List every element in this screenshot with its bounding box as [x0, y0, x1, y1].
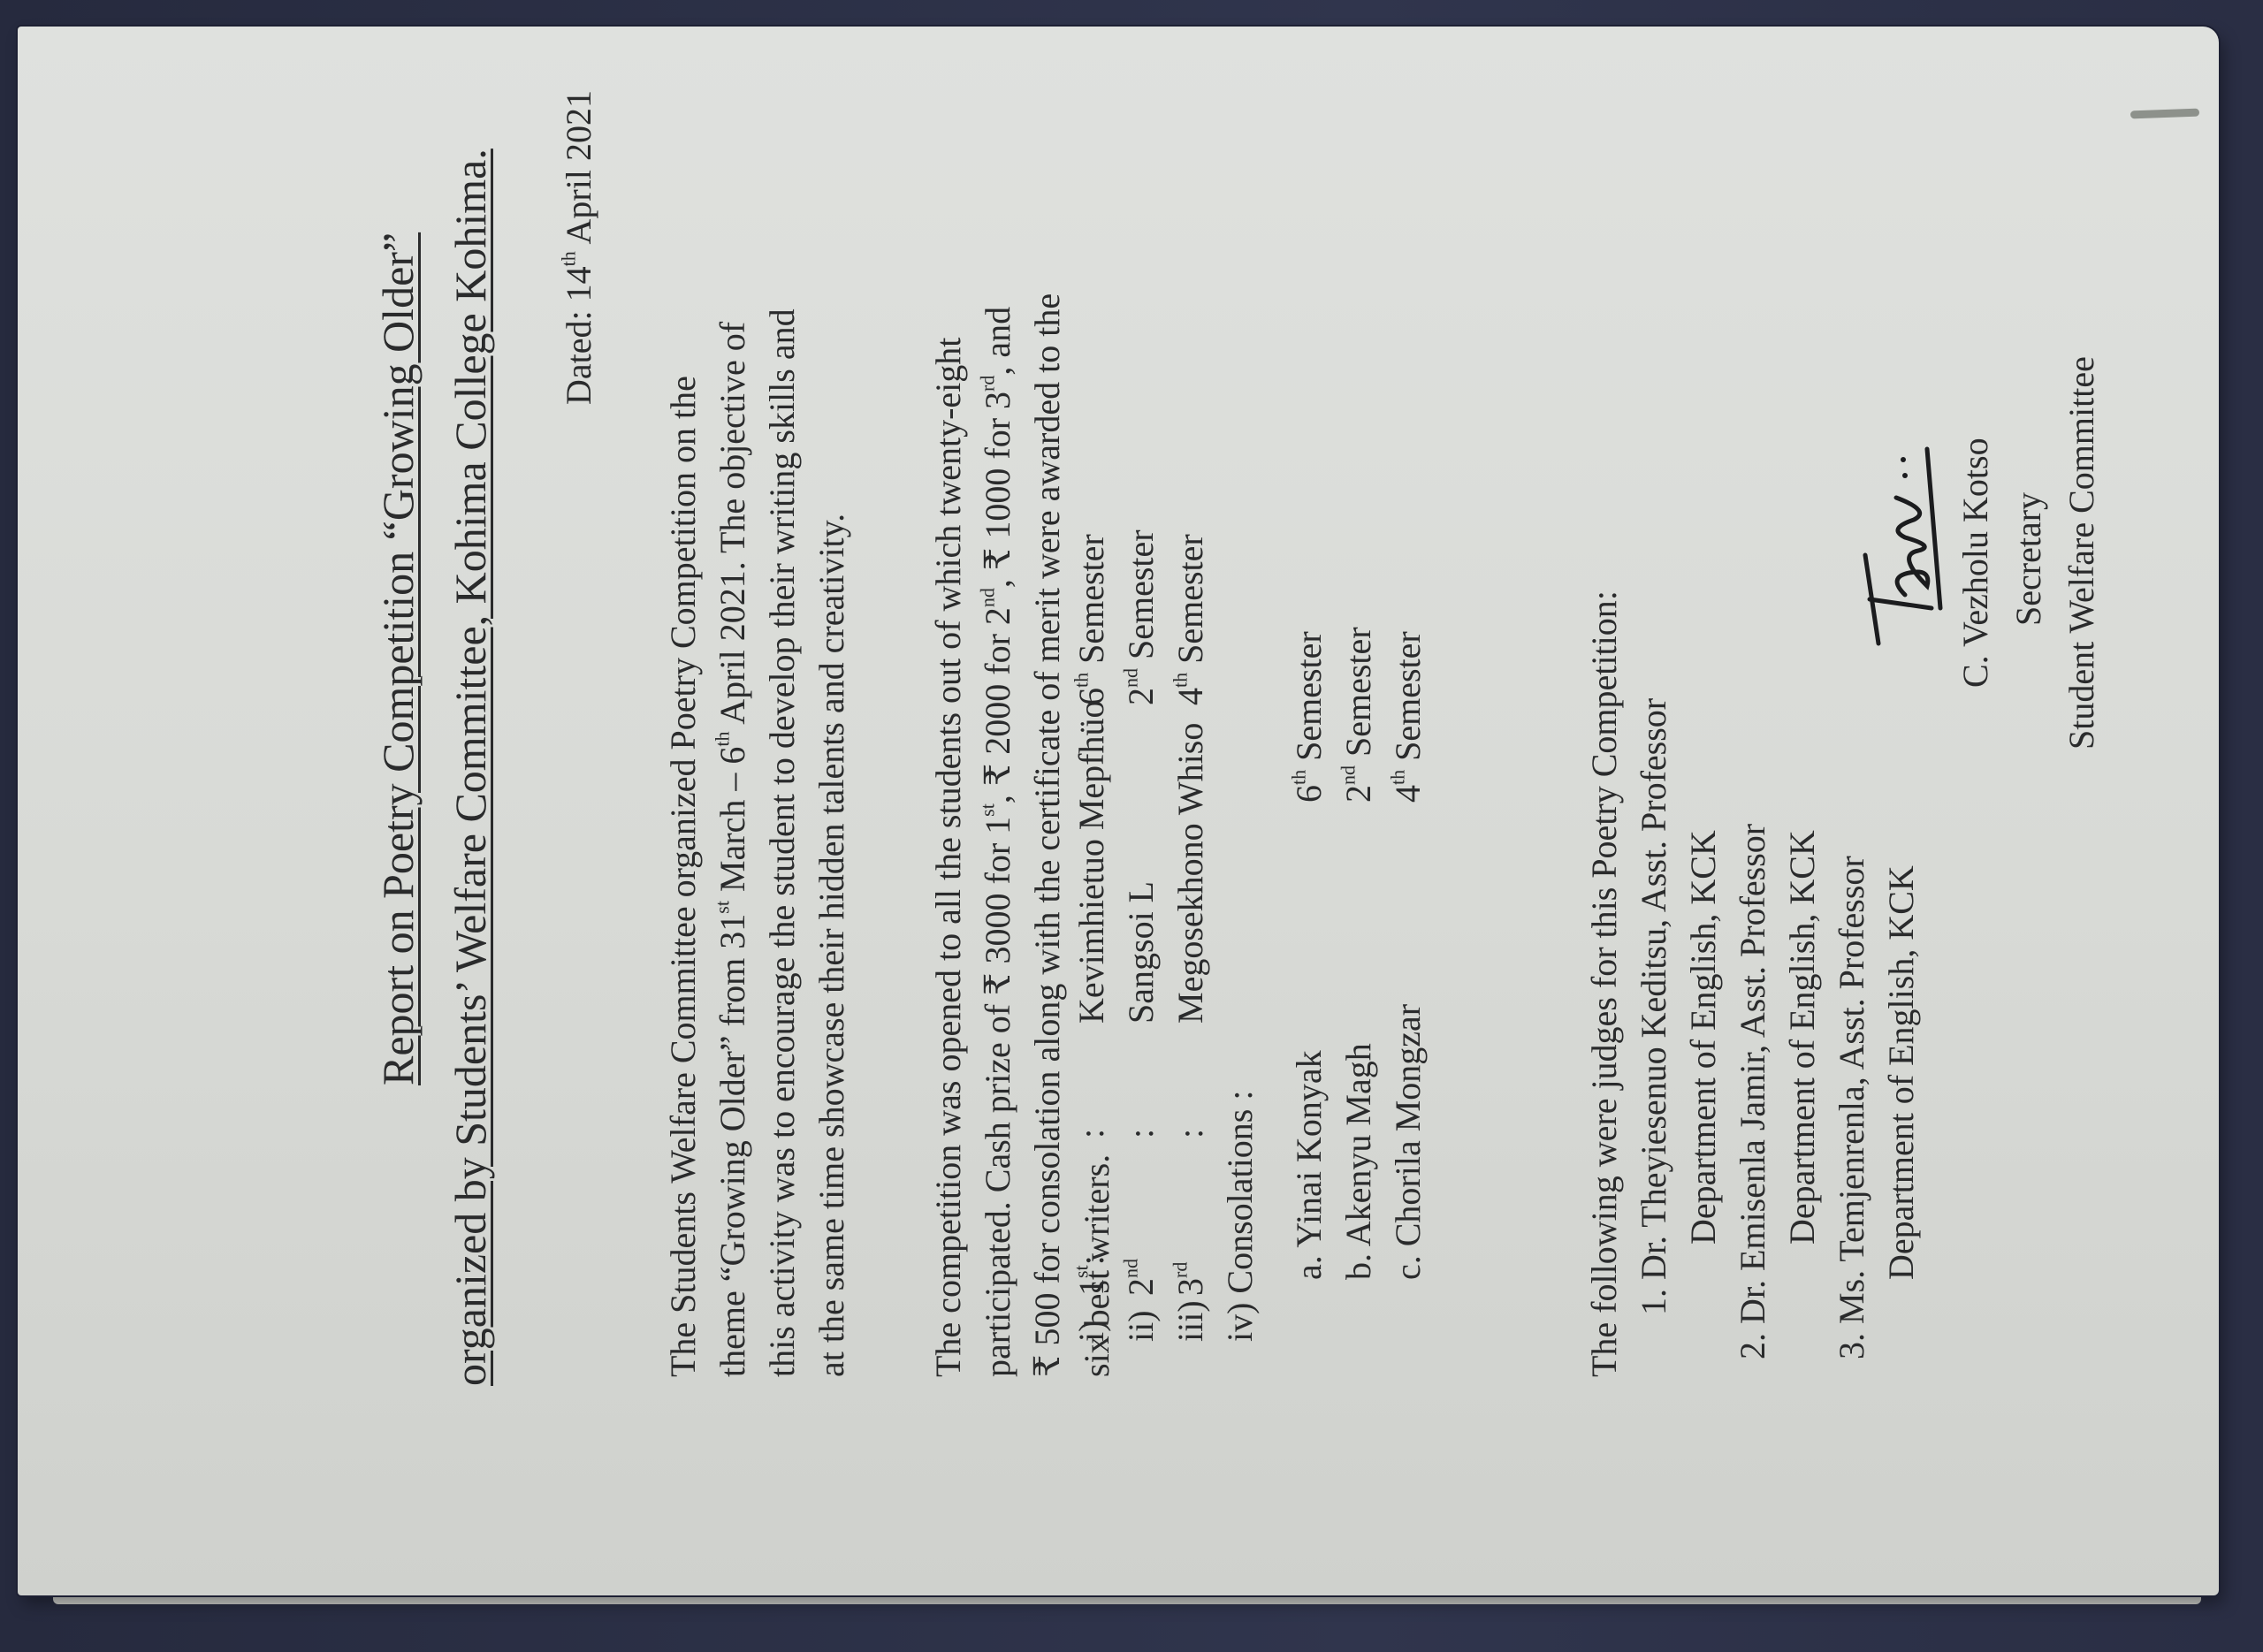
- winner-semester: 6th Semester: [1074, 534, 1109, 705]
- winner-name: Sangsoi L: [1124, 880, 1159, 1023]
- report-date: Dated: 14th April 2021: [561, 90, 597, 405]
- report-title: Report on Poetry Competition “Growing Ol…: [376, 232, 420, 1085]
- winner-name: Kevimhietuo Mepfhüo: [1074, 700, 1109, 1024]
- consolation-semester: 2nd Semester: [1341, 627, 1376, 803]
- signatory-organization: Student Welfare Committee: [2064, 356, 2099, 750]
- judge-department: Department of English, KCK: [1884, 131, 1933, 1280]
- judge-name: 1. Dr. Theyiesenuo Keditsu, Asst. Profes…: [1636, 166, 1686, 1315]
- winners-list: i) 1st: : Kevimhietuo Mepfhüo 6th Semest…: [1074, 369, 1440, 1342]
- report-subtitle: organized by Students’ Welfare Committee…: [448, 148, 492, 1386]
- consolation-row: b. Akenyu Magh 2nd Semester: [1341, 369, 1391, 1342]
- judge-department: Department of English, KCK: [1686, 95, 1735, 1245]
- paragraph-introduction: The Students Welfare Committee organized…: [659, 290, 857, 1377]
- judges-intro: The following were judges for this Poetr…: [1587, 228, 1636, 1377]
- paper-sheet: Report on Poetry Competition “Growing Ol…: [18, 27, 2219, 1595]
- winner-semester: 2nd Semester: [1124, 529, 1159, 705]
- judge-department: Department of English, KCK: [1785, 95, 1834, 1245]
- judges-section: The following were judges for this Poetr…: [1587, 228, 1933, 1377]
- judge-name: 2. Dr. Emisenla Jamir, Asst. Professor: [1735, 210, 1785, 1359]
- judge-name: 3. Ms. Temjenrenla, Asst. Professor: [1834, 210, 1884, 1359]
- signatory-role: Secretary: [2011, 491, 2046, 625]
- winner-semester: 4th Semester: [1173, 534, 1208, 705]
- consolation-semester: 4th Semester: [1391, 631, 1426, 803]
- consolation-row: c. Chorila Mongzar 4th Semester: [1391, 369, 1440, 1342]
- consolation-name: b. Akenyu Magh: [1341, 1043, 1376, 1280]
- consolation-row: a. Yinai Konyak 6th Semester: [1292, 369, 1341, 1342]
- winner-row: iii) 3rd : Megosekhono Whiso 4th Semeste…: [1173, 369, 1223, 1342]
- signatory-name: C. Vezholu Kotso: [1958, 438, 1993, 688]
- handwritten-signature-icon: [1843, 431, 1958, 661]
- consolation-name: a. Yinai Konyak: [1292, 1050, 1327, 1280]
- report-document: Report on Poetry Competition “Growing Ol…: [243, 95, 2219, 1596]
- winner-name: Megosekhono Whiso: [1173, 722, 1208, 1023]
- winner-row: ii) 2nd : Sangsoi L 2nd Semester: [1124, 369, 1173, 1342]
- consolations-heading: iv) Consolations :: [1223, 369, 1292, 1342]
- winner-row: i) 1st: : Kevimhietuo Mepfhüo 6th Semest…: [1074, 369, 1124, 1342]
- consolation-name: c. Chorila Mongzar: [1391, 1003, 1426, 1279]
- consolation-semester: 6th Semester: [1292, 631, 1327, 803]
